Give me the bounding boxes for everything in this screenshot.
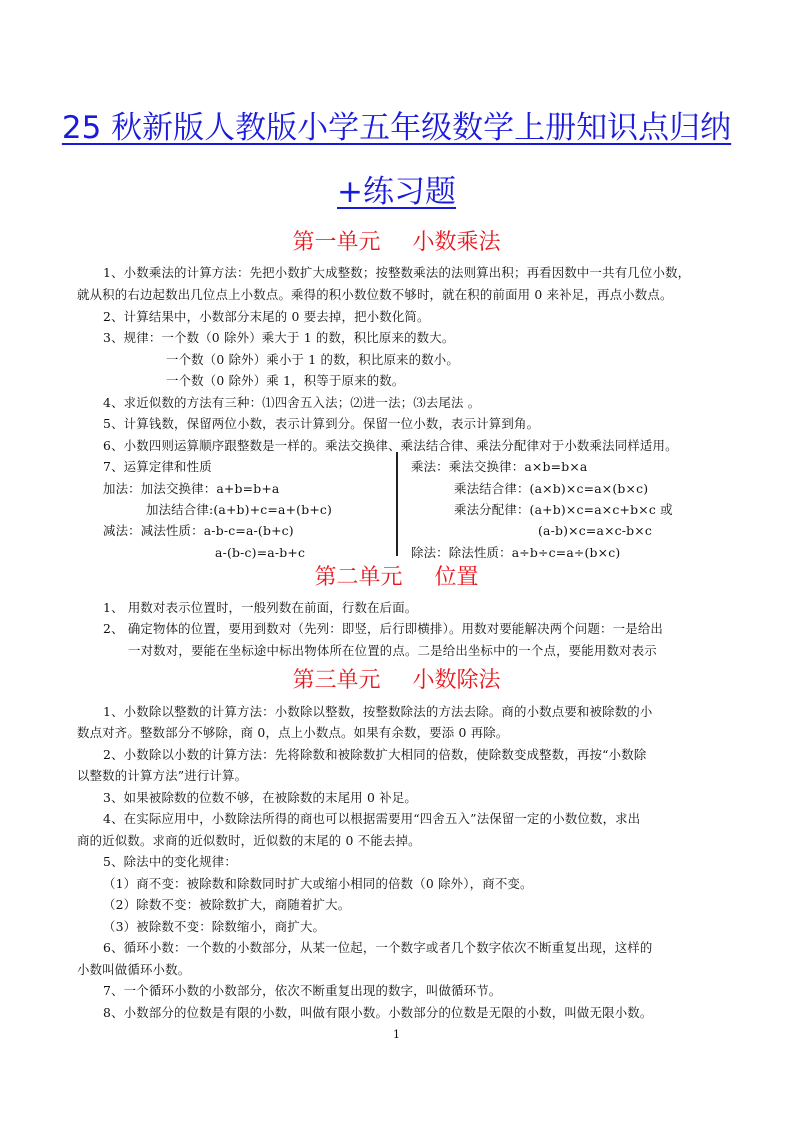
- law-multiplication-distributive-2: (a-b)×c=a×c-b×c: [538, 520, 652, 542]
- document-page: 25 秋新版人教版小学五年级数学上册知识点归纳 +练习题 第一单元小数乘法 1、…: [0, 0, 793, 1122]
- unit-3-line: 3、如果被除数的位数不够，在被除数的末尾用 0 补足。: [77, 787, 723, 809]
- unit-3-line: 6、循环小数：一个数的小数部分，从某一位起，一个数字或者几个数字依次不断重复出现…: [77, 937, 723, 959]
- law-division-property: 除法：除法性质：a÷b÷c=a÷(b×c): [411, 542, 620, 564]
- law-multiplication-distributive: 乘法分配律：(a+b)×c=a×c+b×c 或: [454, 499, 673, 521]
- unit-3-line: 2、小数除以小数的计算方法：先将除数和被除数扩大相同的倍数，使除数变成整数，再按…: [77, 744, 723, 766]
- unit-1-line: 4、求近似数的方法有三种：⑴四舍五入法；⑵进一法；⑶去尾法 。: [77, 392, 723, 414]
- unit-1-line: 一个数（0 除外）乘小于 1 的数，积比原来的数小。: [166, 349, 793, 371]
- document-title-line-1[interactable]: 25 秋新版人教版小学五年级数学上册知识点归纳: [0, 108, 793, 148]
- unit-2-line: 一对数对，要能在坐标途中标出物体所在位置的点。二是给出坐标中的一个点，要能用数对…: [128, 640, 774, 662]
- unit-3-line: 数点对齐。整数部分不够除，商 0，点上小数点。如果有余数，要添 0 再除。: [77, 722, 723, 744]
- unit-2-line: 2、 确定物体的位置，要用到数对（先列：即竖，后行即横排）。用数对要能解决两个问…: [103, 618, 749, 640]
- unit-1-line: 1、小数乘法的计算方法：先把小数扩大成整数；按整数乘法的法则算出积；再看因数中一…: [77, 262, 723, 284]
- unit-1-heading: 第一单元小数乘法: [0, 228, 793, 258]
- unit-2-heading: 第二单元位置: [0, 563, 793, 593]
- unit-3-line: （1）商不变：被除数和除数同时扩大或缩小相同的倍数（0 除外），商不变。: [103, 873, 749, 895]
- law-multiplication-associative: 乘法结合律：(a×b)×c=a×(b×c): [454, 478, 648, 500]
- unit-3-line: 8、小数部分的位数是有限的小数，叫做有限小数。小数部分的位数是无限的小数，叫做无…: [77, 1002, 723, 1024]
- law-addition-commutative: 加法：加法交换律：a+b=b+a: [103, 478, 280, 500]
- unit-3-line: 4、在实际应用中，小数除法所得的商也可以根据需要用“四舍五入”法保留一定的小数位…: [77, 808, 723, 830]
- laws-left-heading: 7、运算定律和性质: [103, 456, 212, 478]
- law-subtraction-property: 减法：减法性质：a-b-c=a-(b+c): [103, 520, 294, 542]
- unit-3-line: 7、一个循环小数的小数部分，依次不断重复出现的数字，叫做循环节。: [77, 980, 723, 1002]
- unit-2-number: 第二单元: [314, 565, 402, 590]
- unit-1-line: 一个数（0 除外）乘 1，积等于原来的数。: [166, 370, 793, 392]
- title-link-2[interactable]: +练习题: [337, 174, 456, 210]
- law-subtraction-property-2: a-(b-c)=a-b+c: [215, 542, 305, 564]
- unit-1-line: 2、计算结果中，小数部分末尾的 0 要去掉，把小数化简。: [77, 306, 723, 328]
- unit-2-name: 位置: [435, 565, 479, 590]
- unit-2-line: 1、 用数对表示位置时，一般列数在前面，行数在后面。: [103, 597, 749, 619]
- document-title-line-2[interactable]: +练习题: [0, 172, 793, 212]
- unit-3-number: 第三单元: [292, 668, 380, 693]
- unit-1-line: 3、规律：一个数（0 除外）乘大于 1 的数，积比原来的数大。: [77, 327, 723, 349]
- unit-3-line: 1、小数除以整数的计算方法：小数除以整数，按整数除法的方法去除。商的小数点要和被…: [77, 701, 723, 723]
- title-link-1[interactable]: 25 秋新版人教版小学五年级数学上册知识点归纳: [62, 110, 731, 146]
- unit-1-name: 小数乘法: [413, 230, 501, 255]
- unit-3-line: （3）被除数不变：除数缩小，商扩大。: [103, 916, 749, 938]
- law-addition-associative: 加法结合律:(a+b)+c=a+(b+c): [146, 499, 332, 521]
- unit-3-line: （2）除数不变：被除数扩大，商随着扩大。: [103, 894, 749, 916]
- unit-1-number: 第一单元: [292, 230, 380, 255]
- column-divider: [396, 452, 398, 556]
- unit-3-name: 小数除法: [413, 668, 501, 693]
- unit-3-heading: 第三单元小数除法: [0, 666, 793, 696]
- unit-1-line: 6、小数四则运算顺序跟整数是一样的。乘法交换律、乘法结合律、乘法分配律对于小数乘…: [77, 435, 723, 457]
- page-number: 1: [0, 1028, 793, 1041]
- unit-1-line: 5、计算钱数，保留两位小数，表示计算到分。保留一位小数，表示计算到角。: [77, 413, 723, 435]
- law-multiplication-commutative: 乘法：乘法交换律：a×b=b×a: [411, 456, 588, 478]
- unit-3-line: 5、除法中的变化规律：: [77, 851, 723, 873]
- unit-3-line: 以整数的计算方法”进行计算。: [77, 765, 723, 787]
- unit-3-line: 商的近似数。求商的近似数时，近似数的末尾的 0 不能去掉。: [77, 830, 723, 852]
- unit-1-line: 就从积的右边起数出几位点上小数点。乘得的积小数位数不够时，就在积的前面用 0 来…: [77, 284, 723, 306]
- unit-3-line: 小数叫做循环小数。: [77, 959, 723, 981]
